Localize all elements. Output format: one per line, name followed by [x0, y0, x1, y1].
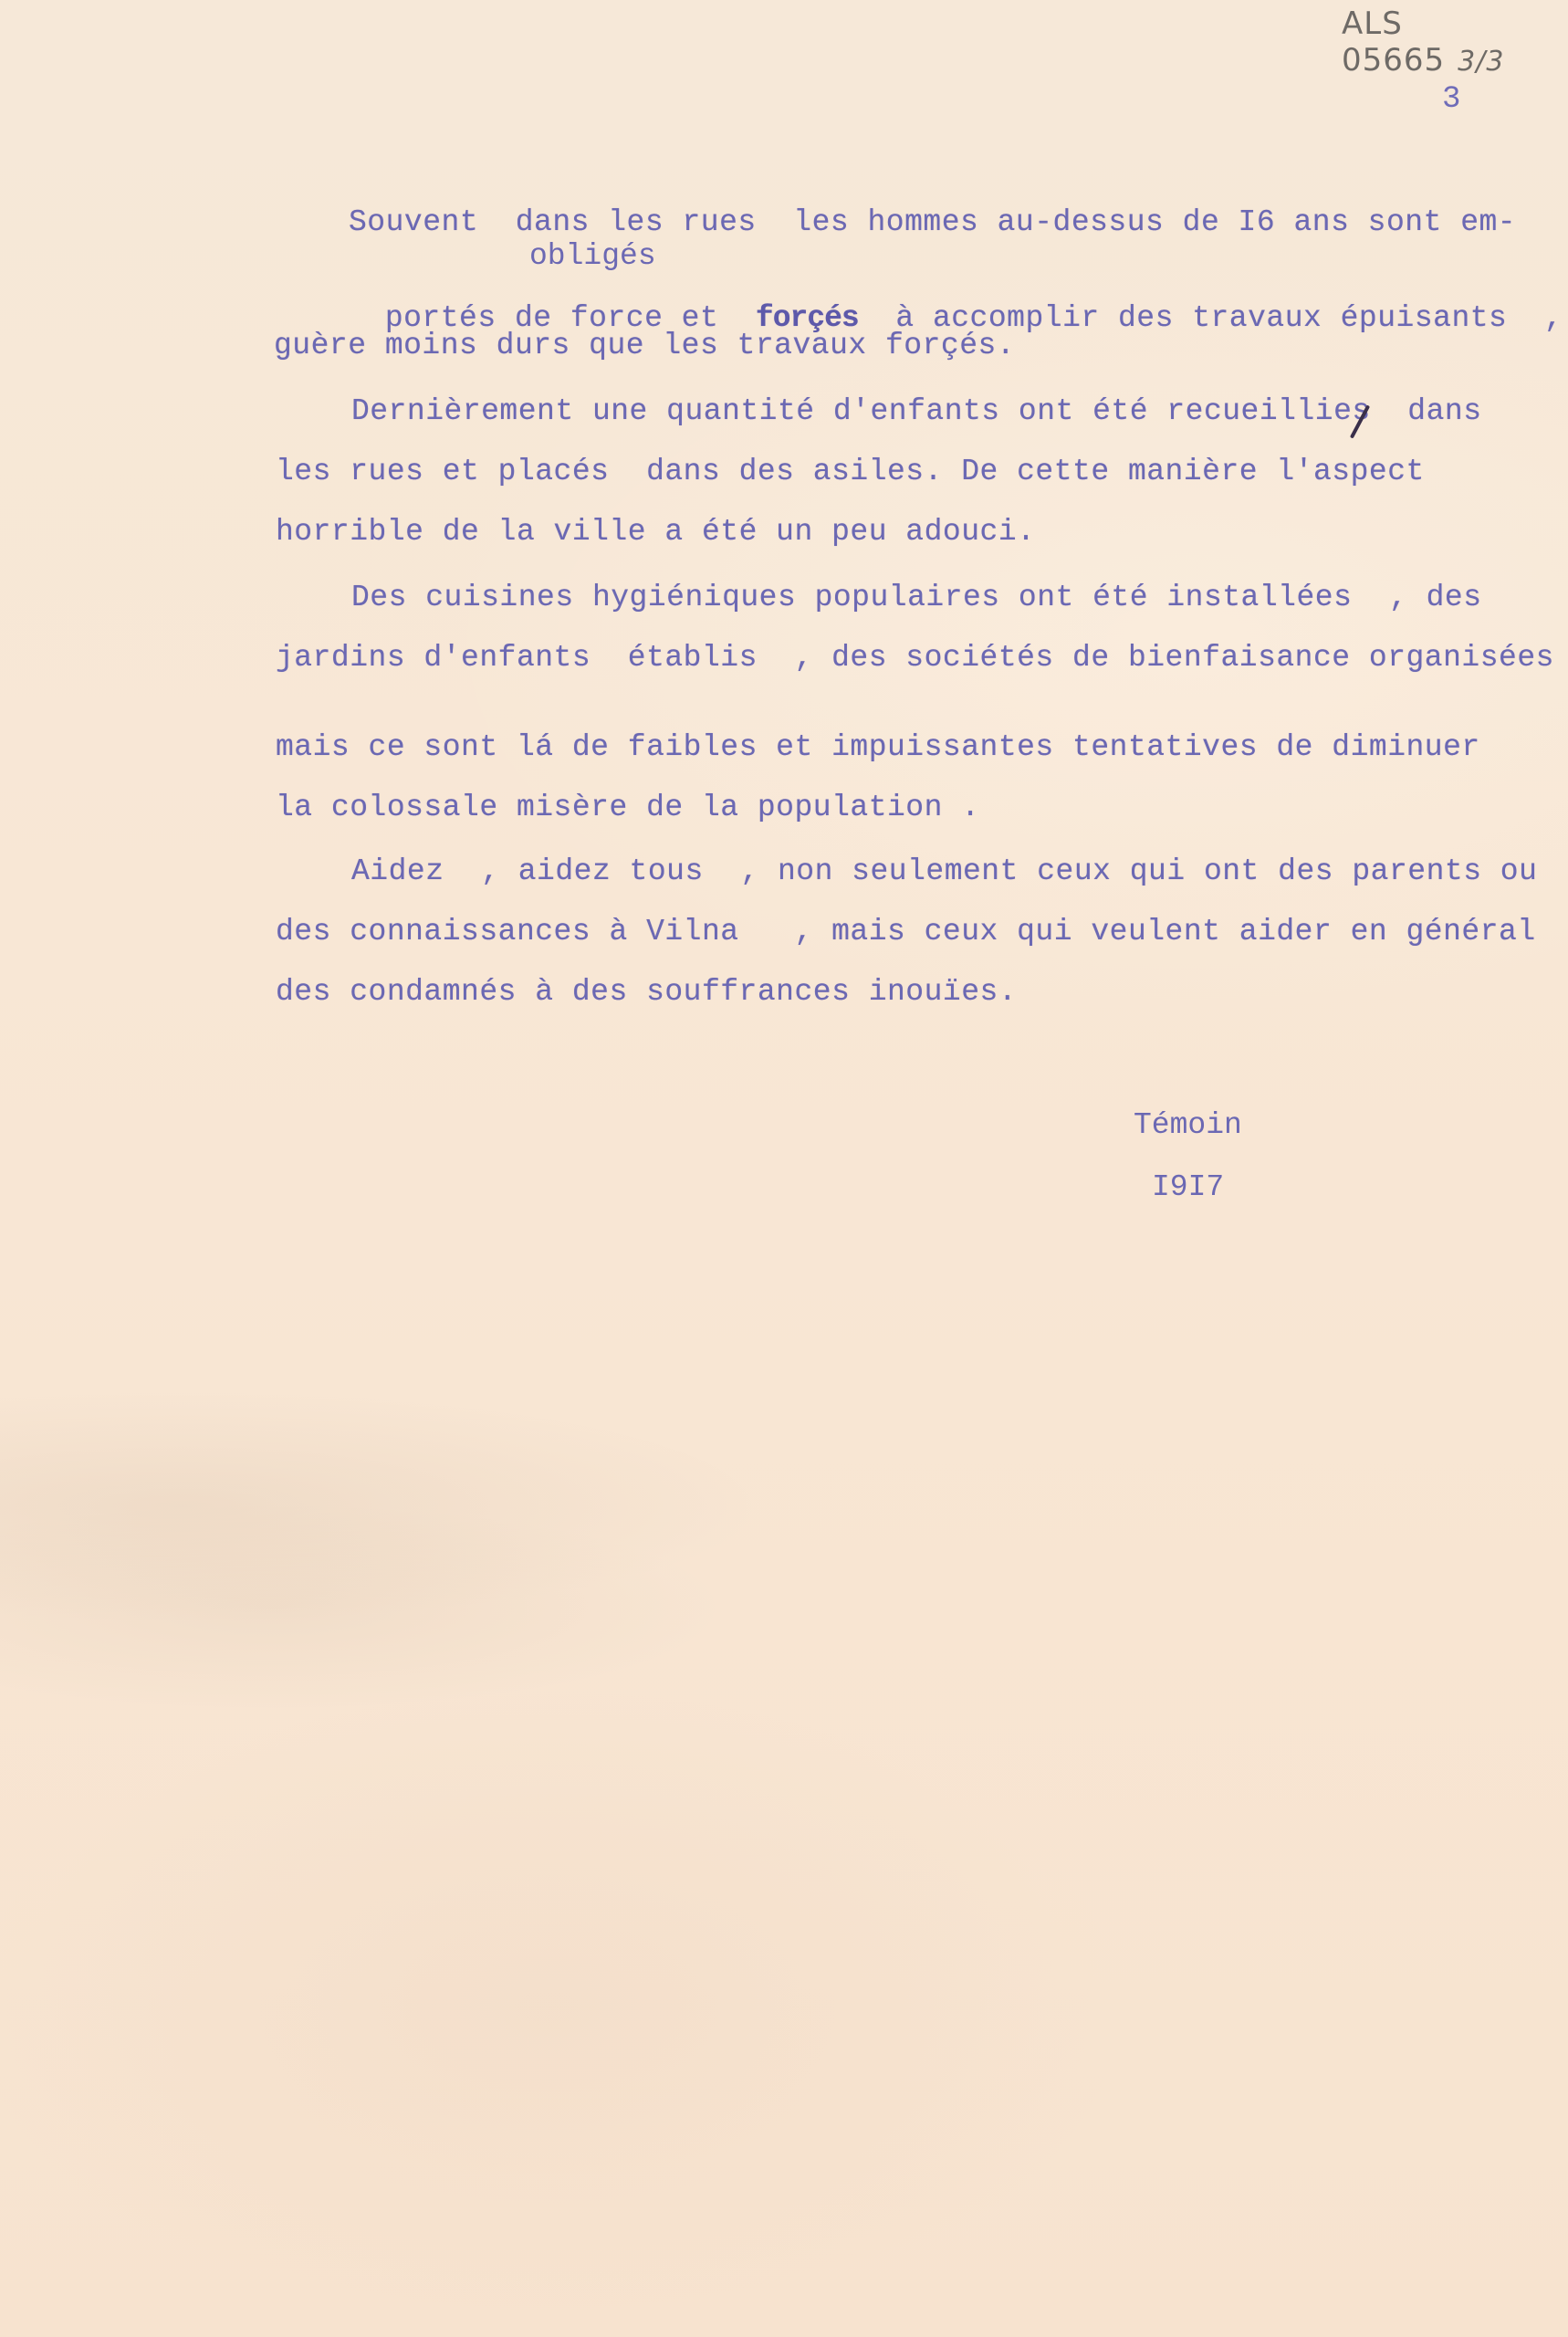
signature-year: I9I7 — [1152, 1170, 1224, 1204]
text-line: Aidez , aidez tous , non seulement ceux … — [351, 854, 1537, 888]
text-line: les rues et placés dans des asiles. De c… — [276, 455, 1425, 488]
page-number: 3 — [1442, 82, 1460, 117]
archive-id: ALS 05665 — [1342, 5, 1445, 79]
text-line: des condamnés à des souffrances inouïes. — [276, 975, 1017, 1009]
text-line: guère moins durs que les travaux forçés. — [274, 329, 1015, 362]
text-line: Des cuisines hygiéniques populaires ont … — [351, 581, 1482, 614]
text-line: mais ce sont lá de faibles et impuissant… — [276, 730, 1480, 764]
text-line: horrible de la ville a été un peu adouci… — [276, 515, 1035, 549]
text-line: Souvent dans les rues les hommes au-dess… — [349, 205, 1516, 239]
text-line: Dernièrement une quantité d'enfants ont … — [351, 394, 1482, 428]
text-line: jardins d'enfants établis , des sociétés… — [276, 641, 1554, 675]
signature-name: Témoin — [1134, 1108, 1242, 1142]
archive-page-fraction: 3/3 — [1458, 46, 1504, 78]
text-line: des connaissances à Vilna , mais ceux qu… — [276, 915, 1536, 948]
text-line: la colossale misère de la population . — [276, 791, 980, 824]
archive-reference-handwritten: ALS 056653/3 — [1342, 5, 1568, 79]
